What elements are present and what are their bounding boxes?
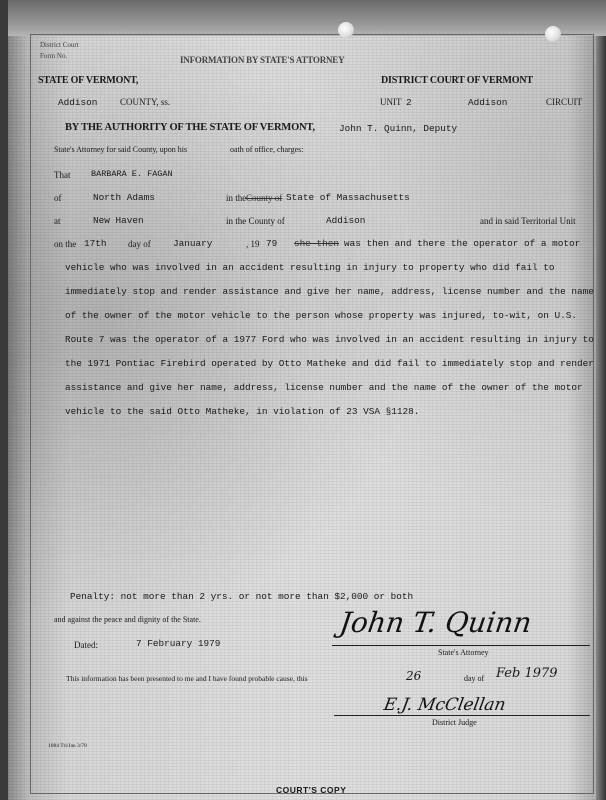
penalty-text: Penalty: not more than 2 yrs. or not mor… bbox=[70, 591, 413, 602]
residence-town: North Adams bbox=[93, 192, 155, 203]
dated-value: 7 February 1979 bbox=[136, 638, 220, 649]
offense-county: Addison bbox=[326, 215, 365, 226]
year-prefix: , 19 bbox=[246, 239, 260, 249]
judge-signature-line bbox=[334, 715, 590, 716]
charge-line-4: Route 7 was the operator of a 1977 Ford … bbox=[65, 334, 594, 345]
scan-top-band bbox=[8, 0, 606, 36]
defendant-name: BARBARA E. FAGAN bbox=[91, 169, 173, 179]
that-label: That bbox=[54, 170, 71, 180]
territorial-label: and in said Territorial Unit bbox=[480, 216, 576, 226]
unit-label: UNIT bbox=[380, 97, 402, 107]
court-caption: DISTRICT COURT OF VERMONT bbox=[381, 75, 533, 86]
scan-right-edge bbox=[596, 36, 606, 800]
attorney-signature-line bbox=[332, 645, 590, 646]
charge-line-2: immediately stop and render assistance a… bbox=[65, 286, 594, 297]
attorney-signature: John T. Quinn bbox=[338, 606, 534, 639]
attorney-name: John T. Quinn, Deputy bbox=[339, 123, 457, 134]
charge-line-7: vehicle to the said Otto Matheke, in vio… bbox=[65, 406, 419, 417]
attorney-line-prefix: State's Attorney for said County, upon h… bbox=[54, 145, 187, 154]
struck-word: County of bbox=[246, 193, 282, 203]
charge-line-6: assistance and give her name, address, l… bbox=[65, 382, 583, 393]
on-the-label: on the bbox=[54, 239, 76, 249]
attorney-line-suffix: oath of office, charges: bbox=[230, 145, 303, 154]
county-name: Addison bbox=[58, 97, 97, 108]
header-title: INFORMATION BY STATE'S ATTORNEY bbox=[180, 55, 344, 65]
document-page: District Court Form No. INFORMATION BY S… bbox=[8, 0, 606, 800]
punch-hole-icon bbox=[338, 22, 354, 38]
authority-line: BY THE AUTHORITY OF THE STATE OF VERMONT… bbox=[65, 122, 315, 133]
probable-cause-text: This information has been presented to m… bbox=[66, 674, 308, 683]
struck-word-2: she then bbox=[294, 238, 339, 249]
unit-number: 2 bbox=[406, 97, 412, 108]
state-caption: STATE OF VERMONT, bbox=[38, 75, 138, 86]
at-label: at bbox=[54, 216, 61, 226]
of-label: of bbox=[54, 193, 62, 203]
charge-line-3: of the owner of the motor vehicle to the… bbox=[65, 310, 577, 321]
court-label: District Court bbox=[40, 41, 79, 49]
circuit-label: CIRCUIT bbox=[546, 97, 582, 107]
judge-signature: E.J. McClellan bbox=[382, 695, 507, 715]
charge-line-5: the 1971 Pontiac Firebird operated by Ot… bbox=[65, 358, 594, 369]
form-code: 1084 Tri/Jan 3/78 bbox=[48, 743, 87, 749]
charge-line-0: was then and there the operator of a mot… bbox=[344, 238, 580, 249]
form-label: Form No. bbox=[40, 52, 67, 60]
county-of-label: in the County of bbox=[226, 216, 285, 226]
punch-hole-icon bbox=[545, 26, 561, 42]
county-suffix: COUNTY, ss. bbox=[120, 97, 170, 107]
residence-state: State of Massachusetts bbox=[286, 192, 410, 203]
probable-cause-day: 26 bbox=[406, 669, 421, 683]
offense-town: New Haven bbox=[93, 215, 144, 226]
probable-cause-month-year: Feb 1979 bbox=[496, 666, 558, 681]
day-of-label: day of bbox=[128, 239, 151, 249]
month-value: January bbox=[173, 238, 212, 249]
charge-line-1: vehicle who was involved in an accident … bbox=[65, 262, 554, 273]
in-the-label: in the bbox=[226, 193, 246, 203]
dated-label: Dated: bbox=[74, 640, 98, 650]
against-peace-text: and against the peace and dignity of the… bbox=[54, 615, 201, 624]
footer-stamp: COURT'S COPY bbox=[276, 785, 346, 795]
year-suffix: 79 bbox=[266, 238, 277, 249]
judge-signature-label: District Judge bbox=[432, 718, 477, 727]
attorney-signature-label: State's Attorney bbox=[438, 648, 489, 657]
day-value: 17th bbox=[84, 238, 107, 249]
circuit-name: Addison bbox=[468, 97, 507, 108]
probable-cause-day-of: day of bbox=[464, 674, 484, 683]
